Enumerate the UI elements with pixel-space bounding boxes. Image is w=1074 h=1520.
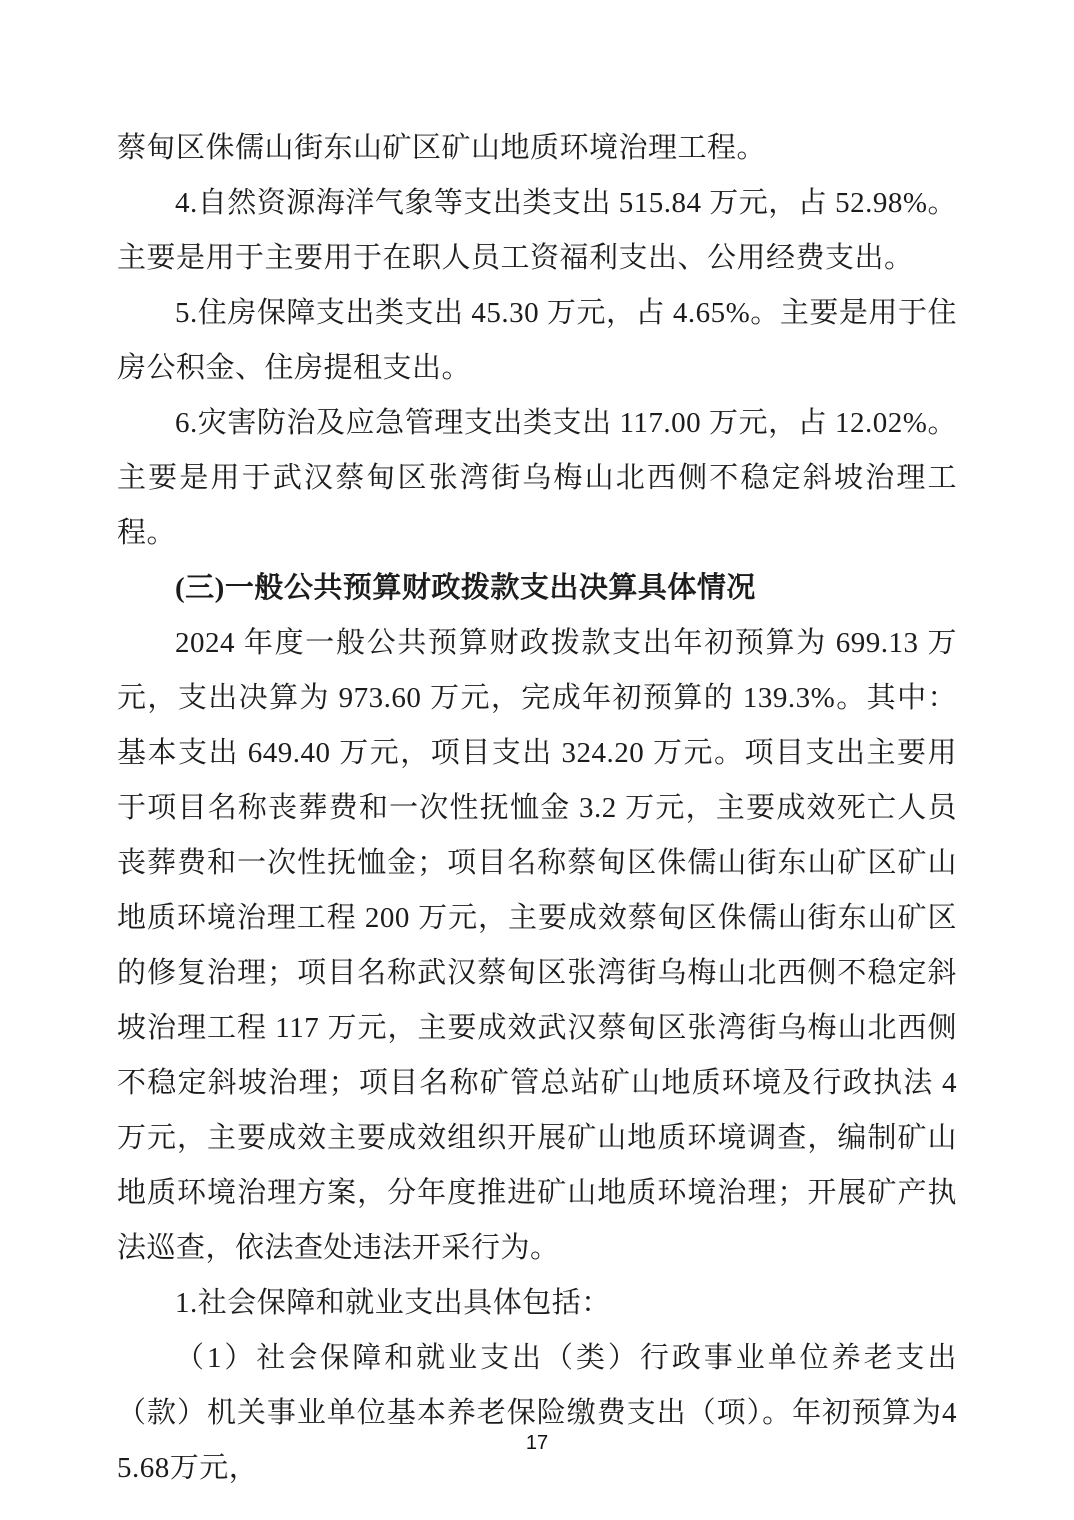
para-item-4-natural-resources-expenditure: 4.自然资源海洋气象等支出类支出 515.84 万元，占 52.98%。主要是用… xyxy=(117,176,957,286)
section-heading-budget-expenditure-details: (三)一般公共预算财政拨款支出决算具体情况 xyxy=(117,561,957,616)
para-item-1-1-pension-expenditure: （1）社会保障和就业支出（类）行政事业单位养老支出（款）机关事业单位基本养老保险… xyxy=(117,1331,957,1496)
para-item-1-social-security-intro: 1.社会保障和就业支出具体包括： xyxy=(117,1276,957,1331)
para-continuation-treatment-project: 蔡甸区侏儒山街东山矿区矿山地质环境治理工程。 xyxy=(117,121,957,176)
document-body: 蔡甸区侏儒山街东山矿区矿山地质环境治理工程。 4.自然资源海洋气象等支出类支出 … xyxy=(117,121,957,1496)
page-footer: 17 xyxy=(0,1432,1074,1455)
document-page: 蔡甸区侏儒山街东山矿区矿山地质环境治理工程。 4.自然资源海洋气象等支出类支出 … xyxy=(0,0,1074,1520)
para-item-5-housing-security-expenditure: 5.住房保障支出类支出 45.30 万元，占 4.65%。主要是用于住房公积金、… xyxy=(117,286,957,396)
para-item-6-disaster-prevention-expenditure: 6.灾害防治及应急管理支出类支出 117.00 万元，占 12.02%。主要是用… xyxy=(117,396,957,561)
page-number: 17 xyxy=(526,1432,548,1454)
para-2024-budget-expenditure-summary: 2024 年度一般公共预算财政拨款支出年初预算为 699.13 万元，支出决算为… xyxy=(117,616,957,1276)
